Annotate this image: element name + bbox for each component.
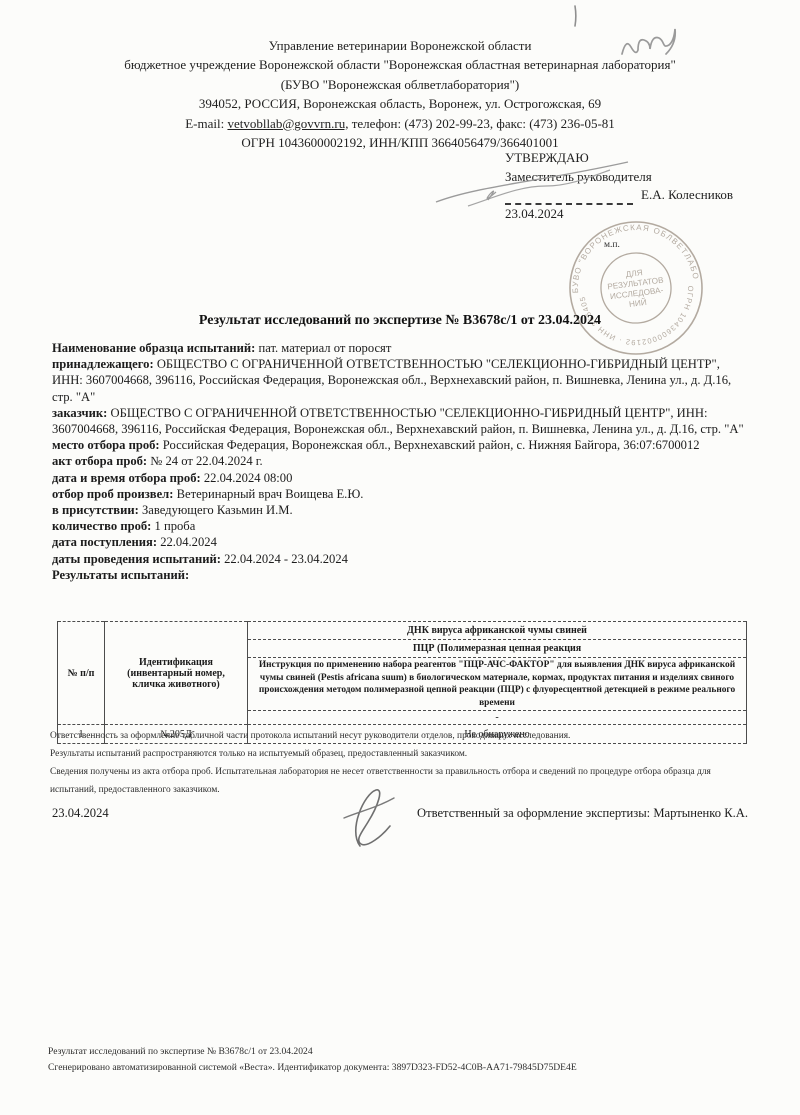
signoff-row: 23.04.2024 Ответственный за оформление э… xyxy=(52,806,748,821)
org-address: 394052, РОССИЯ, Воронежская область, Вор… xyxy=(0,94,800,113)
phone-fax: телефон: (473) 202-99-23, факс: (473) 23… xyxy=(352,116,615,131)
scanned-document-page: Управление ветеринарии Воронежской облас… xyxy=(0,0,800,1115)
signoff-date: 23.04.2024 xyxy=(52,806,109,821)
field-witness: в присутствии: Заведующего Казьмин И.М. xyxy=(52,502,752,518)
unit-cell: - xyxy=(248,711,747,725)
field-sampler: отбор проб произвел: Ветеринарный врач В… xyxy=(52,486,752,502)
approver-name: Е.А. Колесников xyxy=(641,186,733,205)
email-label: E-mail: xyxy=(185,116,224,131)
field-sampling-place: место отбора проб: Российская Федерация,… xyxy=(52,437,752,453)
handwritten-mark xyxy=(560,2,710,66)
field-receive-date: дата поступления: 22.04.2024 xyxy=(52,534,752,550)
email-address: vetvobllab@govvrn.ru, xyxy=(227,116,348,131)
note-responsibility: Ответственность за оформление табличной … xyxy=(50,727,756,745)
note-sampling-info: Сведения получены из акта отбора проб. И… xyxy=(50,763,756,799)
results-table: № п/п Идентификация (инвентарный номер, … xyxy=(57,621,747,744)
test-name-cell: ДНК вируса африканской чумы свиней xyxy=(248,622,747,640)
field-results-heading: Результаты испытаний: xyxy=(52,567,752,583)
method-document-cell: Инструкция по применению набора реагенто… xyxy=(248,658,747,711)
footer-generated-by: Сгенерировано автоматизированной системо… xyxy=(48,1060,577,1076)
disclaimer-notes: Ответственность за оформление табличной … xyxy=(50,727,756,799)
signoff-label: Ответственный за оформление экспертизы: … xyxy=(417,806,748,821)
col-header-number: № п/п xyxy=(58,622,105,725)
org-short-name: (БУВО "Воронежская облветлаборатория") xyxy=(0,75,800,94)
field-sampling-datetime: дата и время отбора проб: 22.04.2024 08:… xyxy=(52,470,752,486)
field-test-dates: даты проведения испытаний: 22.04.2024 - … xyxy=(52,551,752,567)
field-sample-count: количество проб: 1 проба xyxy=(52,518,752,534)
document-title: Результат исследований по экспертизе № В… xyxy=(0,313,800,329)
note-scope: Результаты испытаний распространяются то… xyxy=(50,745,756,763)
field-customer: заказчик: ОБЩЕСТВО С ОГРАНИЧЕННОЙ ОТВЕТС… xyxy=(52,405,752,437)
method-cell: ПЦР (Полимеразная цепная реакция xyxy=(248,640,747,658)
col-header-identification: Идентификация (инвентарный номер, кличка… xyxy=(105,622,248,725)
field-sample-name: Наименование образца испытаний: пат. мат… xyxy=(52,340,752,356)
document-footer: Результат исследований по экспертизе № В… xyxy=(48,1044,577,1075)
approver-signature xyxy=(428,156,638,210)
org-contacts: E-mail: vetvobllab@govvrn.ru, телефон: (… xyxy=(0,114,800,133)
field-owner: принадлежащего: ОБЩЕСТВО С ОГРАНИЧЕННОЙ … xyxy=(52,356,752,405)
footer-expertise-ref: Результат исследований по экспертизе № В… xyxy=(48,1044,577,1060)
sample-fields: Наименование образца испытаний: пат. мат… xyxy=(52,340,752,583)
field-sampling-act: акт отбора проб: № 24 от 22.04.2024 г. xyxy=(52,453,752,469)
